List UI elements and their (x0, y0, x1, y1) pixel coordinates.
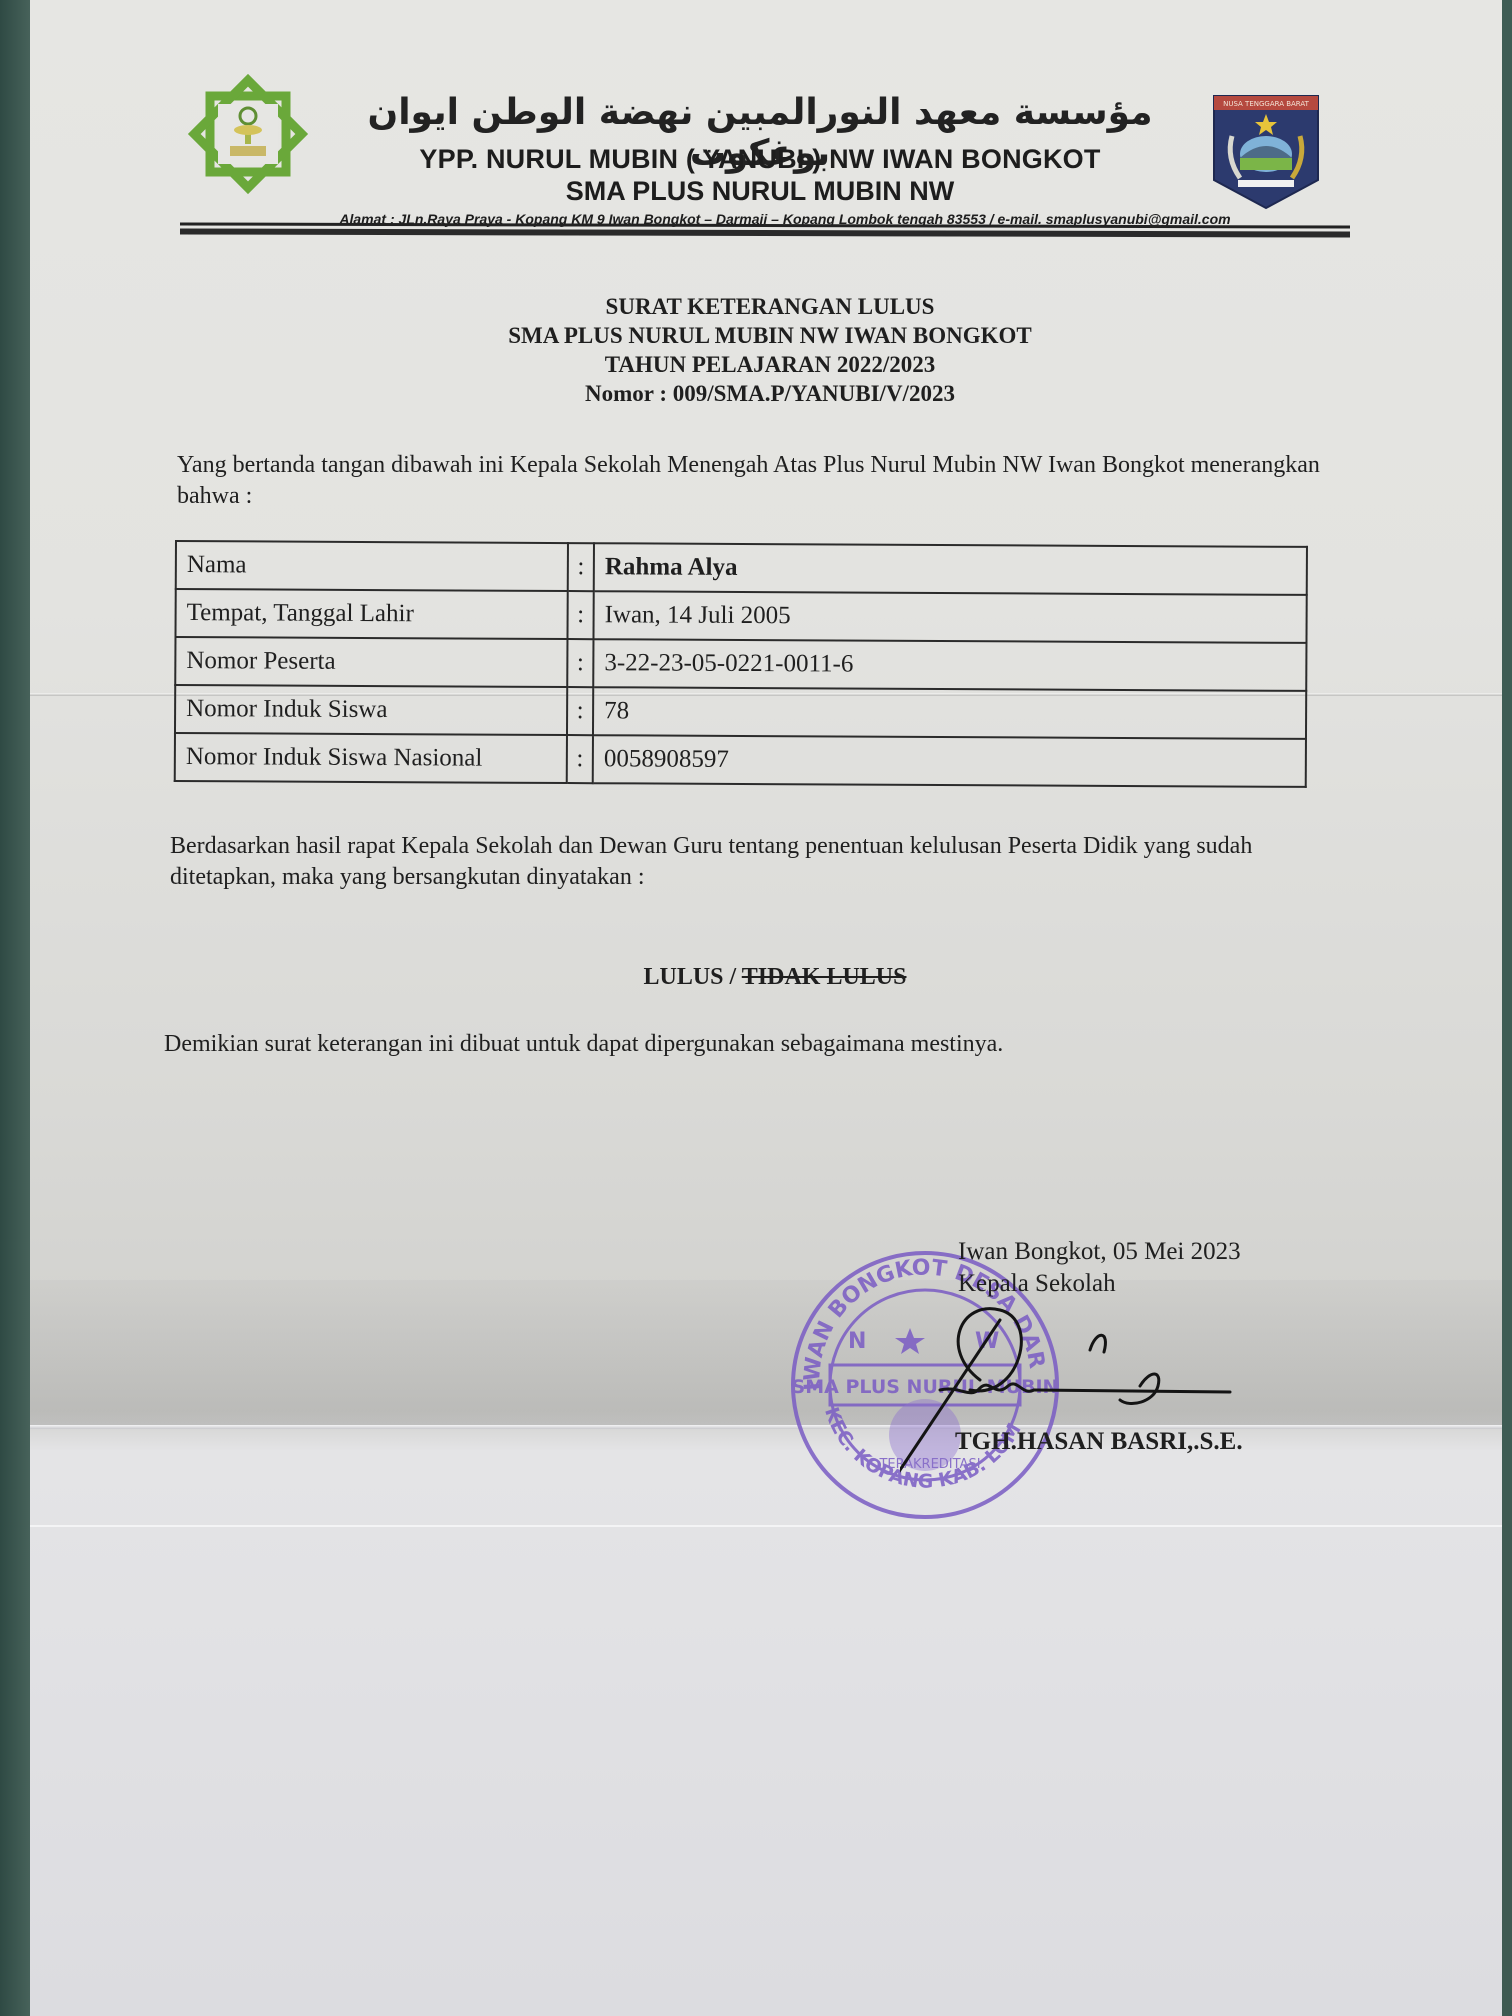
row-label: Nomor Induk Siswa (175, 685, 567, 735)
document-title: SURAT KETERANGAN LULUS SMA PLUS NURUL MU… (330, 292, 1210, 408)
yanubi-star-emblem-icon (182, 68, 314, 200)
signatory-name: TGH.HASAN BASRI,.S.E. (955, 1428, 1243, 1456)
student-id-value: 78 (593, 687, 1306, 739)
birth-place-date-value: Iwan, 14 Juli 2005 (593, 591, 1306, 643)
result-fail-struck: TIDAK LULUS (742, 964, 907, 990)
participant-number-value: 3-22-23-05-0221-0011-6 (593, 639, 1306, 691)
title-line-3: TAHUN PELAJARAN 2022/2023 (330, 350, 1210, 379)
student-info-table: Nama : Rahma Alya Tempat, Tanggal Lahir … (174, 540, 1308, 788)
row-label: Nomor Peserta (175, 637, 567, 687)
row-colon: : (567, 687, 593, 735)
title-line-1: SURAT KETERANGAN LULUS (330, 292, 1210, 321)
foundation-name: YPP. NURUL MUBIN ( YANUBI ) NW IWAN BONG… (330, 144, 1190, 175)
school-name: SMA PLUS NURUL MUBIN NW (330, 176, 1190, 207)
student-name-value: Rahma Alya (594, 543, 1307, 595)
row-colon: : (567, 639, 593, 687)
row-label: Nomor Induk Siswa Nasional (175, 733, 567, 783)
table-row: Nama : Rahma Alya (176, 541, 1307, 595)
svg-text:NUSA TENGGARA BARAT: NUSA TENGGARA BARAT (1223, 100, 1310, 108)
row-label: Tempat, Tanggal Lahir (175, 589, 567, 639)
ntb-province-crest-icon: NUSA TENGGARA BARAT (1210, 92, 1322, 210)
table-row: Nomor Induk Siswa Nasional : 0058908597 (175, 733, 1306, 787)
fold-shadow (30, 1280, 1502, 1425)
table-surface-left (0, 0, 34, 2016)
title-line-2: SMA PLUS NURUL MUBIN NW IWAN BONGKOT (330, 321, 1210, 350)
result-pass: LULUS (644, 964, 724, 990)
place-date: Iwan Bongkot, 05 Mei 2023 (958, 1236, 1241, 1268)
fold-line (30, 1425, 1502, 1429)
closing-paragraph: Demikian surat keterangan ini dibuat unt… (164, 1029, 1324, 1060)
basis-paragraph: Berdasarkan hasil rapat Kepala Sekolah d… (170, 831, 1330, 893)
fold-line-secondary (30, 1525, 1502, 1527)
table-row: Nomor Induk Siswa : 78 (175, 685, 1306, 739)
row-colon: : (568, 543, 594, 591)
row-colon: : (567, 735, 593, 783)
document-number: Nomor : 009/SMA.P/YANUBI/V/2023 (330, 379, 1210, 408)
graduation-result: LULUS / TIDAK LULUS (400, 964, 1150, 991)
national-student-id-value: 0058908597 (593, 735, 1306, 787)
table-row: Tempat, Tanggal Lahir : Iwan, 14 Juli 20… (175, 589, 1306, 643)
svg-text:N: N (848, 1329, 866, 1354)
row-colon: : (567, 591, 593, 639)
row-label: Nama (176, 541, 568, 591)
intro-paragraph: Yang bertanda tangan dibawah ini Kepala … (177, 450, 1327, 512)
result-separator: / (724, 964, 742, 990)
table-row: Nomor Peserta : 3-22-23-05-0221-0011-6 (175, 637, 1306, 691)
